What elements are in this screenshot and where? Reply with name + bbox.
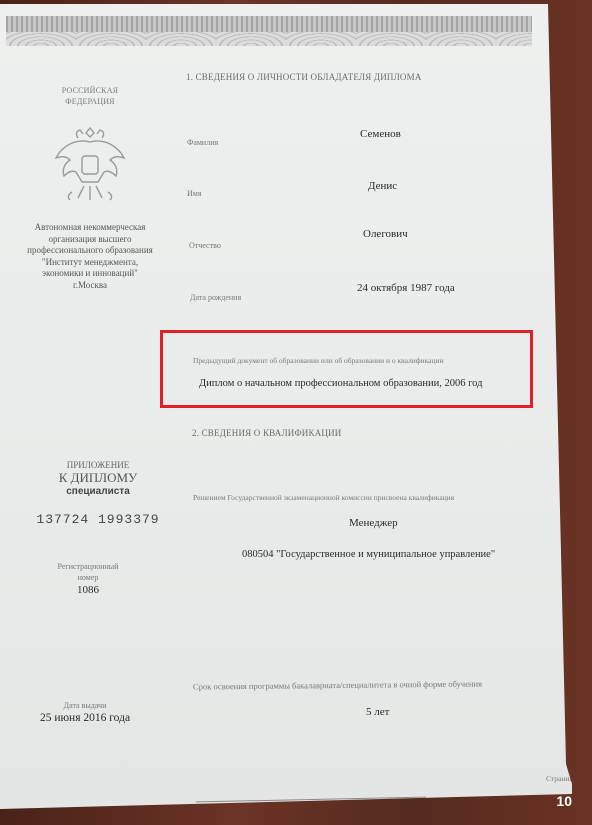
reg-number-label-line2: номер bbox=[0, 573, 178, 582]
serial-number: 137724 1993379 bbox=[8, 512, 188, 527]
institution-line: организация высшего bbox=[0, 234, 180, 246]
reg-number: 1086 bbox=[0, 584, 178, 596]
field-label-birth-date: Дата рождения bbox=[190, 293, 241, 302]
section1-heading: 1. СВЕДЕНИЯ О ЛИЧНОСТИ ОБЛАДАТЕЛЯ ДИПЛОМ… bbox=[186, 72, 422, 82]
field-value-first-name: Денис bbox=[368, 180, 397, 192]
field-value-patronymic: Олегович bbox=[363, 228, 408, 240]
supplement-title-line3: специалиста bbox=[8, 486, 188, 497]
study-duration-value: 5 лет bbox=[366, 706, 389, 718]
russian-coat-of-arms-icon bbox=[50, 122, 130, 206]
red-highlight-box bbox=[160, 330, 533, 408]
institution-line: профессионального образования bbox=[0, 245, 180, 257]
field-value-birth-date: 24 октября 1987 года bbox=[357, 282, 455, 294]
institution-line: "Институт менеджмента, bbox=[0, 257, 180, 269]
specialty: 080504 "Государственное и муниципальное … bbox=[242, 549, 495, 560]
issue-date: 25 июня 2016 года bbox=[0, 712, 175, 724]
institution-name: Автономная некоммерческая организация вы… bbox=[0, 222, 180, 291]
institution-line: г.Москва bbox=[0, 280, 180, 292]
field-label-first-name: Имя bbox=[187, 189, 202, 198]
study-duration-label: Срок освоения программы бакалавриата/спе… bbox=[193, 678, 482, 691]
qualification-value: Менеджер bbox=[349, 517, 398, 529]
issue-date-label: Дата выдачи bbox=[0, 701, 175, 710]
reg-number-label-line1: Регистрационный bbox=[0, 562, 178, 571]
field-label-patronymic: Отчество bbox=[189, 241, 221, 250]
field-value-surname: Семенов bbox=[360, 128, 401, 140]
field-label-surname: Фамилия bbox=[187, 138, 218, 147]
institution-line: Автономная некоммерческая bbox=[0, 222, 180, 234]
decorative-border-band bbox=[6, 16, 532, 46]
supplement-title-line1: ПРИЛОЖЕНИЕ bbox=[8, 460, 188, 470]
section2-heading: 2. СВЕДЕНИЯ О КВАЛИФИКАЦИИ bbox=[192, 428, 342, 438]
country-line1: РОССИЙСКАЯ bbox=[0, 86, 180, 95]
supplement-title-line2: К ДИПЛОМУ bbox=[8, 470, 188, 486]
institution-line: экономики и инноваций" bbox=[0, 268, 180, 280]
country-line2: ФЕДЕРАЦИЯ bbox=[0, 97, 180, 106]
qualification-label: Решением Государственной экзаменационной… bbox=[193, 493, 454, 502]
corner-number: 10 bbox=[556, 793, 572, 809]
